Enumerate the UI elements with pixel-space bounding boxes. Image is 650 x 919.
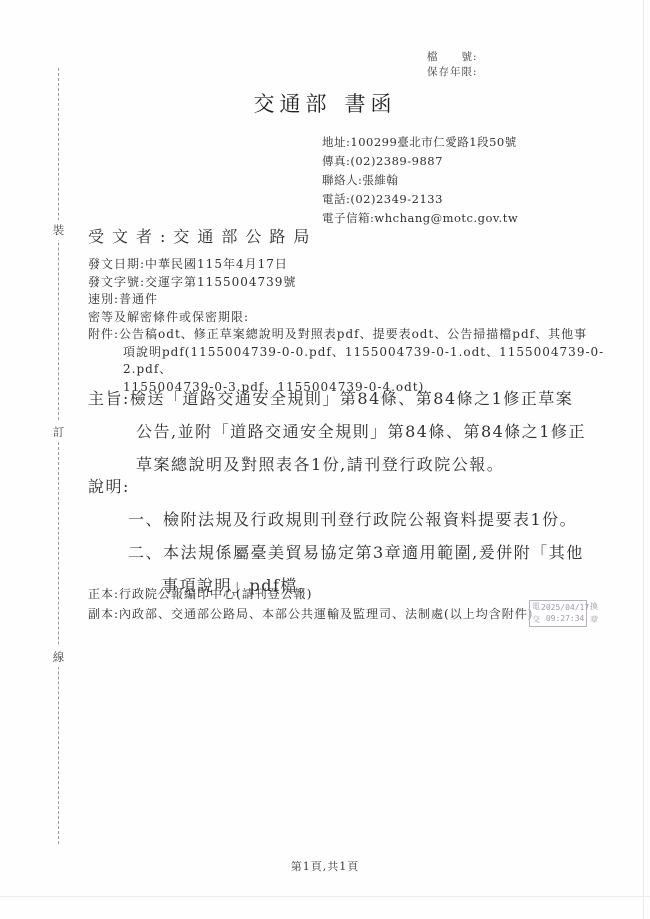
stamp-char-huan: 換 xyxy=(590,602,598,612)
subject-text-1: 檢送「道路交通安全規則」第84條、第84條之1修正草案 xyxy=(130,389,573,408)
attachment-label: 附件: xyxy=(88,327,119,341)
document-meta-block: 發文日期:中華民國115年4月17日 發文字號:交運字第1155004739號 … xyxy=(88,256,608,396)
stamp-char-dian: 電 xyxy=(532,602,540,612)
document-title: 交通部 書函 xyxy=(0,88,650,118)
sender-email-line: 電子信箱:whchang@motc.gov.tw xyxy=(322,209,518,228)
stamp-datetime: 2025/04/17 09:27:34 xyxy=(541,602,589,625)
stamp-time: 09:27:34 xyxy=(541,613,589,624)
sender-address-line: 地址:100299臺北市仁愛路1段50號 xyxy=(322,133,518,152)
sender-phone-line: 電話:(02)2349-2133 xyxy=(322,190,518,209)
explanation-block: 說明: 一、檢附法規及行政規則刊登行政院公報資料提要表1份。 二、本法規係屬臺美… xyxy=(88,470,608,602)
sender-info-block: 地址:100299臺北市仁愛路1段50號 傳真:(02)2389-9887 聯絡… xyxy=(322,133,518,228)
explanation-item-1: 一、檢附法規及行政規則刊登行政院公報資料提要表1份。 xyxy=(128,503,608,536)
retention-period-label: 保存年限: xyxy=(427,65,478,80)
subject-line-1: 主旨:檢送「道路交通安全規則」第84條、第84條之1修正草案 xyxy=(88,382,608,415)
stamp-left-chars: 電 交 xyxy=(532,602,540,625)
stamp-right-chars: 換 章 xyxy=(590,602,598,625)
subject-block: 主旨:檢送「道路交通安全規則」第84條、第84條之1修正草案 公告,並附「道路交… xyxy=(88,382,608,481)
page-number-footer: 第1頁,共1頁 xyxy=(0,858,650,874)
attachment-line-2: 項說明pdf(1155004739-0-0.pdf、1155004739-0-1… xyxy=(123,344,608,379)
stamp-char-zhang: 章 xyxy=(590,615,598,625)
sender-contact-line: 聯絡人:張維翰 xyxy=(322,171,518,190)
stamp-char-jiao: 交 xyxy=(532,615,540,625)
security-line: 密等及解密條件或保密期限: xyxy=(88,309,608,327)
explanation-heading: 說明: xyxy=(88,470,608,503)
explanation-item-2-line-1: 二、本法規係屬臺美貿易協定第3章適用範圍,爰併附「其他 xyxy=(128,536,608,569)
binding-mark-zhuang: 裝 xyxy=(50,220,67,240)
doc-number-line: 發文字號:交運字第1155004739號 xyxy=(88,274,608,292)
electronic-exchange-stamp: 電 交 2025/04/17 09:27:34 換 章 xyxy=(529,600,587,627)
doc-type: 書函 xyxy=(345,88,397,118)
org-name: 交通部 xyxy=(254,88,332,118)
binding-mark-ding: 訂 xyxy=(50,422,67,442)
recipient-line: 受文者:交通部公路局 xyxy=(88,224,317,247)
binding-dashed-line xyxy=(58,68,59,844)
subject-label: 主旨: xyxy=(88,389,130,408)
scan-edge-bottom xyxy=(0,896,650,897)
binding-mark-xian: 線 xyxy=(50,647,67,667)
scan-edge-right xyxy=(643,0,644,919)
issue-date-line: 發文日期:中華民國115年4月17日 xyxy=(88,256,608,274)
attachment-line-1: 附件:公告稿odt、修正草案總說明及對照表pdf、提要表odt、公告掃描檔pdf… xyxy=(88,326,608,344)
file-number-label: 檔 號: xyxy=(427,50,478,65)
sender-fax-line: 傳真:(02)2389-9887 xyxy=(322,152,518,171)
attachment-text-1: 公告稿odt、修正草案總說明及對照表pdf、提要表odt、公告掃描檔pdf、其他… xyxy=(119,327,587,341)
speed-line: 速別:普通件 xyxy=(88,291,608,309)
document-page: 裝 訂 線 檔 號: 保存年限: 交通部 書函 地址:100299臺北市仁愛路1… xyxy=(0,0,650,919)
subject-line-2: 公告,並附「道路交通安全規則」第84條、第84條之1修正 xyxy=(136,415,608,448)
stamp-date: 2025/04/17 xyxy=(541,602,589,613)
file-info-block: 檔 號: 保存年限: xyxy=(427,50,478,80)
